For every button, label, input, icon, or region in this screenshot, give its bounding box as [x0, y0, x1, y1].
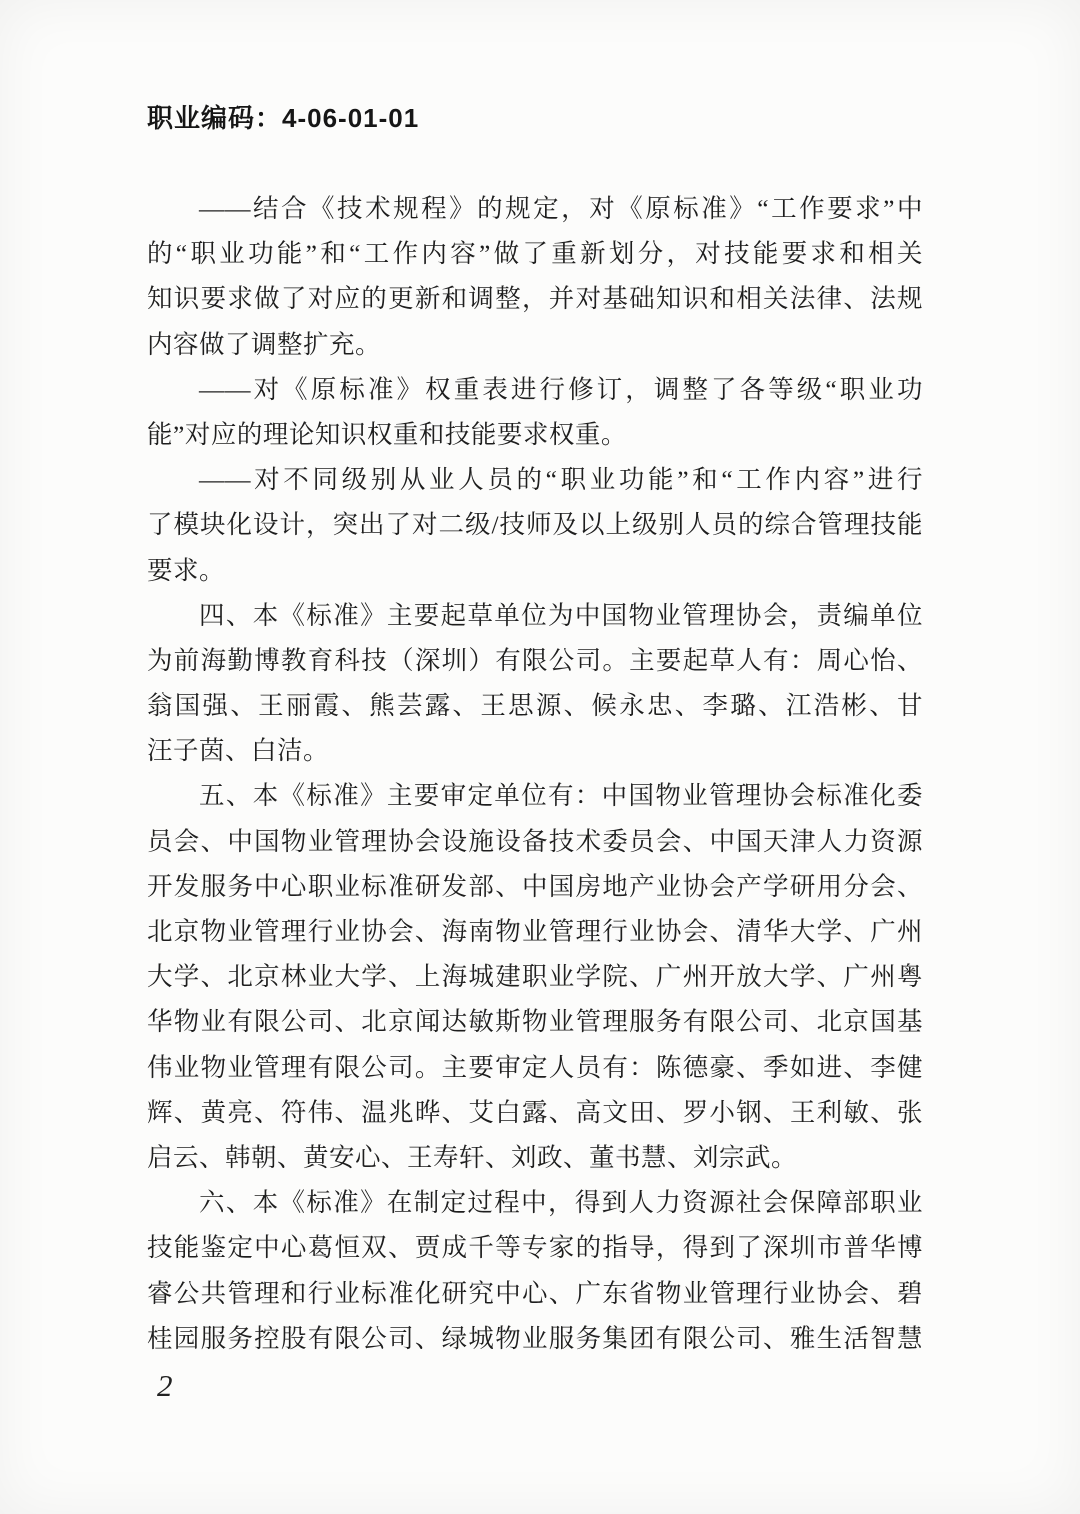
paragraph: ——对不同级别从业人员的“职业功能”和“工作内容”进行 了模块化设计，突出了对二… [147, 457, 923, 593]
paragraph: 四、本《标准》主要起草单位为中国物业管理协会，责编单位 为前海勤博教育科技（深圳… [147, 593, 923, 774]
text-line: 伟业物业管理有限公司。主要审定人员有：陈德豪、季如进、李健 [147, 1045, 923, 1090]
text-line: 启云、韩朝、黄安心、王寿轩、刘政、董书慧、刘宗武。 [147, 1135, 923, 1180]
text-line: 要求。 [147, 548, 923, 593]
paragraph: ——对《原标准》权重表进行修订，调整了各等级“职业功 能”对应的理论知识权重和技… [147, 367, 923, 457]
text-line: 内容做了调整扩充。 [147, 322, 923, 367]
paragraph: ——结合《技术规程》的规定，对《原标准》“工作要求”中 的“职业功能”和“工作内… [147, 186, 923, 367]
text-line: ——对不同级别从业人员的“职业功能”和“工作内容”进行 [147, 457, 923, 502]
text-line: 翁国强、王丽霞、熊芸露、王思源、候永忠、李璐、江浩彬、甘为、 [147, 683, 923, 728]
text-line: 的“职业功能”和“工作内容”做了重新划分，对技能要求和相关 [147, 231, 923, 276]
text-line: ——结合《技术规程》的规定，对《原标准》“工作要求”中 [147, 186, 923, 231]
text-line: 四、本《标准》主要起草单位为中国物业管理协会，责编单位 [147, 593, 923, 638]
text-line: 辉、黄亮、符伟、温兆晔、艾白露、高文田、罗小钢、王利敏、张 [147, 1090, 923, 1135]
text-line: 汪子茵、白洁。 [147, 728, 923, 773]
text-line: 开发服务中心职业标准研发部、中国房地产业协会产学研用分会、 [147, 864, 923, 909]
text-line: 大学、北京林业大学、上海城建职业学院、广州开放大学、广州粤 [147, 954, 923, 999]
text-line: 技能鉴定中心葛恒双、贾成千等专家的指导，得到了深圳市普华博 [147, 1225, 923, 1270]
text-line: 能”对应的理论知识权重和技能要求权重。 [147, 412, 923, 457]
document-body: ——结合《技术规程》的规定，对《原标准》“工作要求”中 的“职业功能”和“工作内… [147, 186, 923, 1361]
text-line: 桂园服务控股有限公司、绿城物业服务集团有限公司、雅生活智慧 [147, 1316, 923, 1361]
text-line: 五、本《标准》主要审定单位有：中国物业管理协会标准化委 [147, 773, 923, 818]
text-line: 员会、中国物业管理协会设施设备技术委员会、中国天津人力资源 [147, 819, 923, 864]
text-line: 知识要求做了对应的更新和调整，并对基础知识和相关法律、法规 [147, 276, 923, 321]
paragraph: 六、本《标准》在制定过程中，得到人力资源社会保障部职业 技能鉴定中心葛恒双、贾成… [147, 1180, 923, 1361]
page-number: 2 [157, 1368, 173, 1404]
text-line: 北京物业管理行业协会、海南物业管理行业协会、清华大学、广州 [147, 909, 923, 954]
text-line: 睿公共管理和行业标准化研究中心、广东省物业管理行业协会、碧 [147, 1271, 923, 1316]
text-line: 华物业有限公司、北京闻达敏斯物业管理服务有限公司、北京国基 [147, 999, 923, 1044]
text-line: 了模块化设计，突出了对二级/技师及以上级别人员的综合管理技能 [147, 502, 923, 547]
occupation-code-header: 职业编码：4-06-01-01 [147, 98, 419, 135]
document-page: 职业编码：4-06-01-01 ——结合《技术规程》的规定，对《原标准》“工作要… [0, 0, 1080, 1514]
text-line: 为前海勤博教育科技（深圳）有限公司。主要起草人有：周心怡、 [147, 638, 923, 683]
text-line: 六、本《标准》在制定过程中，得到人力资源社会保障部职业 [147, 1180, 923, 1225]
paragraph: 五、本《标准》主要审定单位有：中国物业管理协会标准化委 员会、中国物业管理协会设… [147, 773, 923, 1180]
text-line: ——对《原标准》权重表进行修订，调整了各等级“职业功 [147, 367, 923, 412]
